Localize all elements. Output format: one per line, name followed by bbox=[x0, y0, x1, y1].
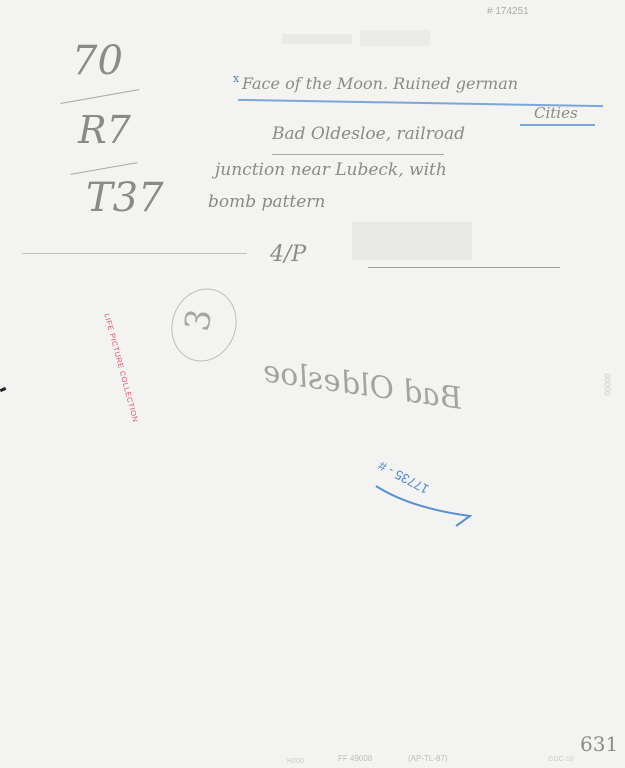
left-number-70: 70 bbox=[72, 38, 123, 84]
blue-underline-2 bbox=[520, 124, 595, 126]
size-note: 4/P bbox=[270, 242, 306, 267]
footer-left-code: H200 bbox=[287, 758, 304, 765]
caption-line-3: junction near Lubeck, with bbox=[215, 160, 447, 180]
footer-right-code: GDC-10 bbox=[548, 756, 574, 763]
divider-line bbox=[61, 89, 140, 104]
edge-mark bbox=[0, 387, 6, 392]
caption-line-4: bomb pattern bbox=[208, 192, 325, 212]
caption-marker: x bbox=[233, 72, 239, 85]
horizontal-rule-left bbox=[22, 253, 247, 254]
blue-arrow-mark bbox=[370, 478, 480, 528]
horizontal-rule-right bbox=[368, 267, 560, 268]
pencil-underline bbox=[272, 154, 444, 155]
mirrored-signature: Bad Oldesloe bbox=[261, 354, 465, 417]
footer-paren-code: (AP-TL-87) bbox=[408, 754, 448, 763]
page-number: 631 bbox=[580, 732, 618, 756]
footer-catalog: FF 49008 bbox=[338, 754, 372, 763]
faint-stamp-1 bbox=[282, 34, 352, 44]
caption-line-1: Face of the Moon. Ruined german bbox=[242, 74, 518, 93]
left-number-r7: R7 bbox=[78, 108, 131, 152]
faint-stamp-2 bbox=[360, 30, 430, 46]
edge-code: 00000 bbox=[603, 373, 612, 395]
caption-line-1b: Cities bbox=[534, 104, 578, 122]
left-number-t37: T37 bbox=[86, 175, 164, 221]
faint-stamp-3 bbox=[352, 222, 472, 260]
photo-verso: { "top_right_number": "# 174251", "left_… bbox=[0, 0, 625, 768]
caption-line-2: Bad Oldesloe, railroad bbox=[272, 124, 465, 144]
divider-line bbox=[70, 162, 137, 175]
catalog-number: # 174251 bbox=[487, 6, 529, 17]
life-picture-collection-stamp: LIFE PICTURE COLLECTION bbox=[102, 312, 157, 488]
